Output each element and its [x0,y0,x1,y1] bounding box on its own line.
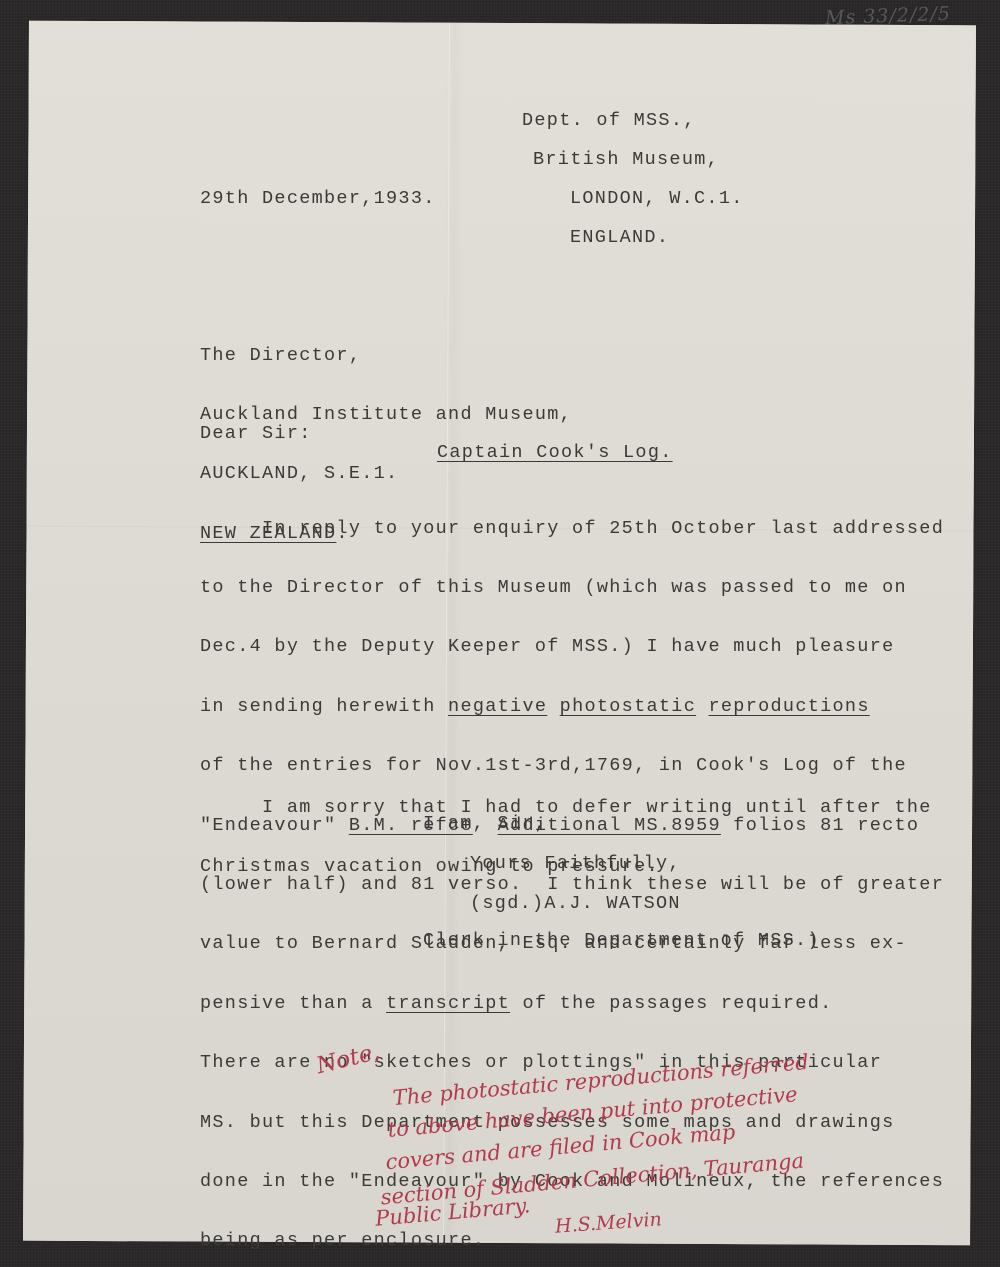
body-line: in sending herewith negative photostatic… [200,697,944,717]
closing-line-2: Yours Faithfully, [470,854,681,874]
underlined-text: transcript [386,993,510,1014]
text-span: of the passages required. [510,993,832,1014]
subject-line: Captain Cook's Log. [437,443,673,463]
body-line: Dec.4 by the Deputy Keeper of MSS.) I ha… [200,637,944,657]
text-span: in sending herewith [200,696,448,717]
underlined-text: negative [448,696,547,717]
letterhead-dept: Dept. of MSS., [522,111,696,131]
underlined-text: reproductions [709,696,870,717]
closing-line-1: I am, Sir, [423,814,547,834]
body-line: pensive than a transcript of the passage… [200,994,944,1014]
letterhead-country: ENGLAND. [570,228,669,248]
body-line: In reply to your enquiry of 25th October… [200,519,944,539]
text-span [696,696,708,717]
letter-date: 29th December,1933. [200,189,436,209]
signatory-title: Clerk in the Department of MSS.) [423,931,820,951]
recipient-line-1: The Director, [200,346,572,366]
archive-reference: Ms 33/2/2/5 [825,3,952,29]
underlined-text: photostatic [560,696,696,717]
letterhead-city: LONDON, W.C.1. [570,189,744,209]
letterhead-institution: British Museum, [533,150,719,170]
salutation: Dear Sir: [200,424,312,444]
body-line: I am sorry that I had to defer writing u… [200,798,932,818]
signature: (sgd.)A.J. WATSON [470,894,681,914]
body-line: to the Director of this Museum (which wa… [200,578,944,598]
recipient-line-2: Auckland Institute and Museum, [200,405,572,425]
body-paragraph-2: I am sorry that I had to defer writing u… [200,758,932,897]
text-span: pensive than a [200,993,386,1014]
text-span [547,696,559,717]
